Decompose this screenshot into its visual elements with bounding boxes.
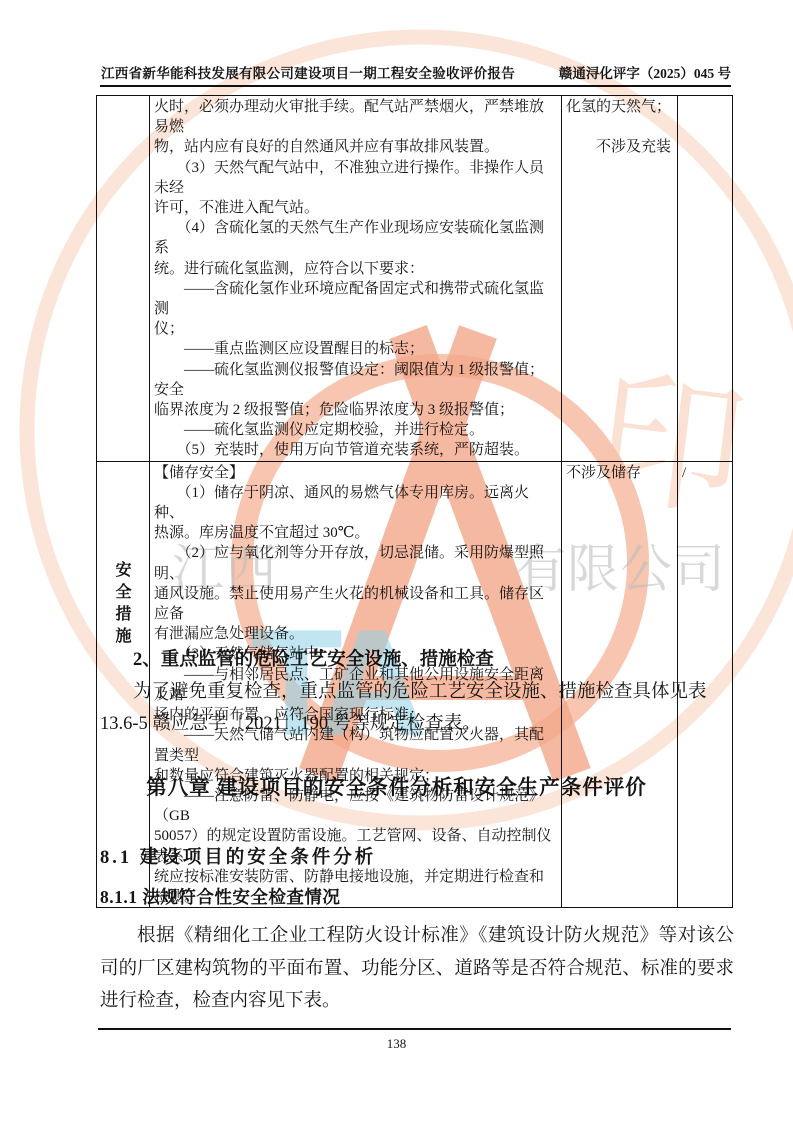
header-report-title: 江西省新华能科技发展有限公司建设项目一期工程安全验收评价报告 [101,62,515,82]
header-doc-number: 赣通浔化评字（2025）045 号 [559,62,731,82]
document-page: 江西省新华能科技发展有限公司建设项目一期工程安全验收评价报告 赣通浔化评字（20… [0,0,793,1122]
remark-cell [678,96,733,462]
header-rule [100,85,731,87]
row-label-cell-empty [97,96,150,462]
paragraph-1-line-1: 为了避免重复检查，重点监管的危险工艺安全设施、措施检查具体见表 [133,677,707,703]
section-2-heading: 2、重点监管的危险工艺安全设施、措施检查 [133,645,494,671]
measures-cell: 火时，必须办理动火审批手续。配气站严禁烟火，严禁堆放易燃物，站内应有良好的自然通… [150,96,562,462]
heading-8-1: 8.1 建设项目的安全条件分析 [100,843,376,869]
chapter-8-title: 第八章 建设项目的安全条件分析和安全生产条件评价 [0,770,793,800]
table-row: 火时，必须办理动火审批手续。配气站严禁烟火，严禁堆放易燃物，站内应有良好的自然通… [97,96,733,462]
paragraph-1-line-2: 13.6-5 赣应急字〔2021〕190 号等规定检查表。 [100,709,481,735]
row-label-vertical: 安全措施 [115,560,132,648]
status-cell: 化氢的天然气； 不涉及充装 [562,96,678,462]
page-number: 138 [0,1036,793,1052]
heading-8-1-1: 8.1.1 法规符合性安全检查情况 [100,884,340,909]
footer-rule [98,1028,731,1030]
paragraph-2: 根据《精细化工企业工程防火设计标准》《建筑设计防火规范》等对该公司的厂区建构筑物… [100,920,734,1018]
